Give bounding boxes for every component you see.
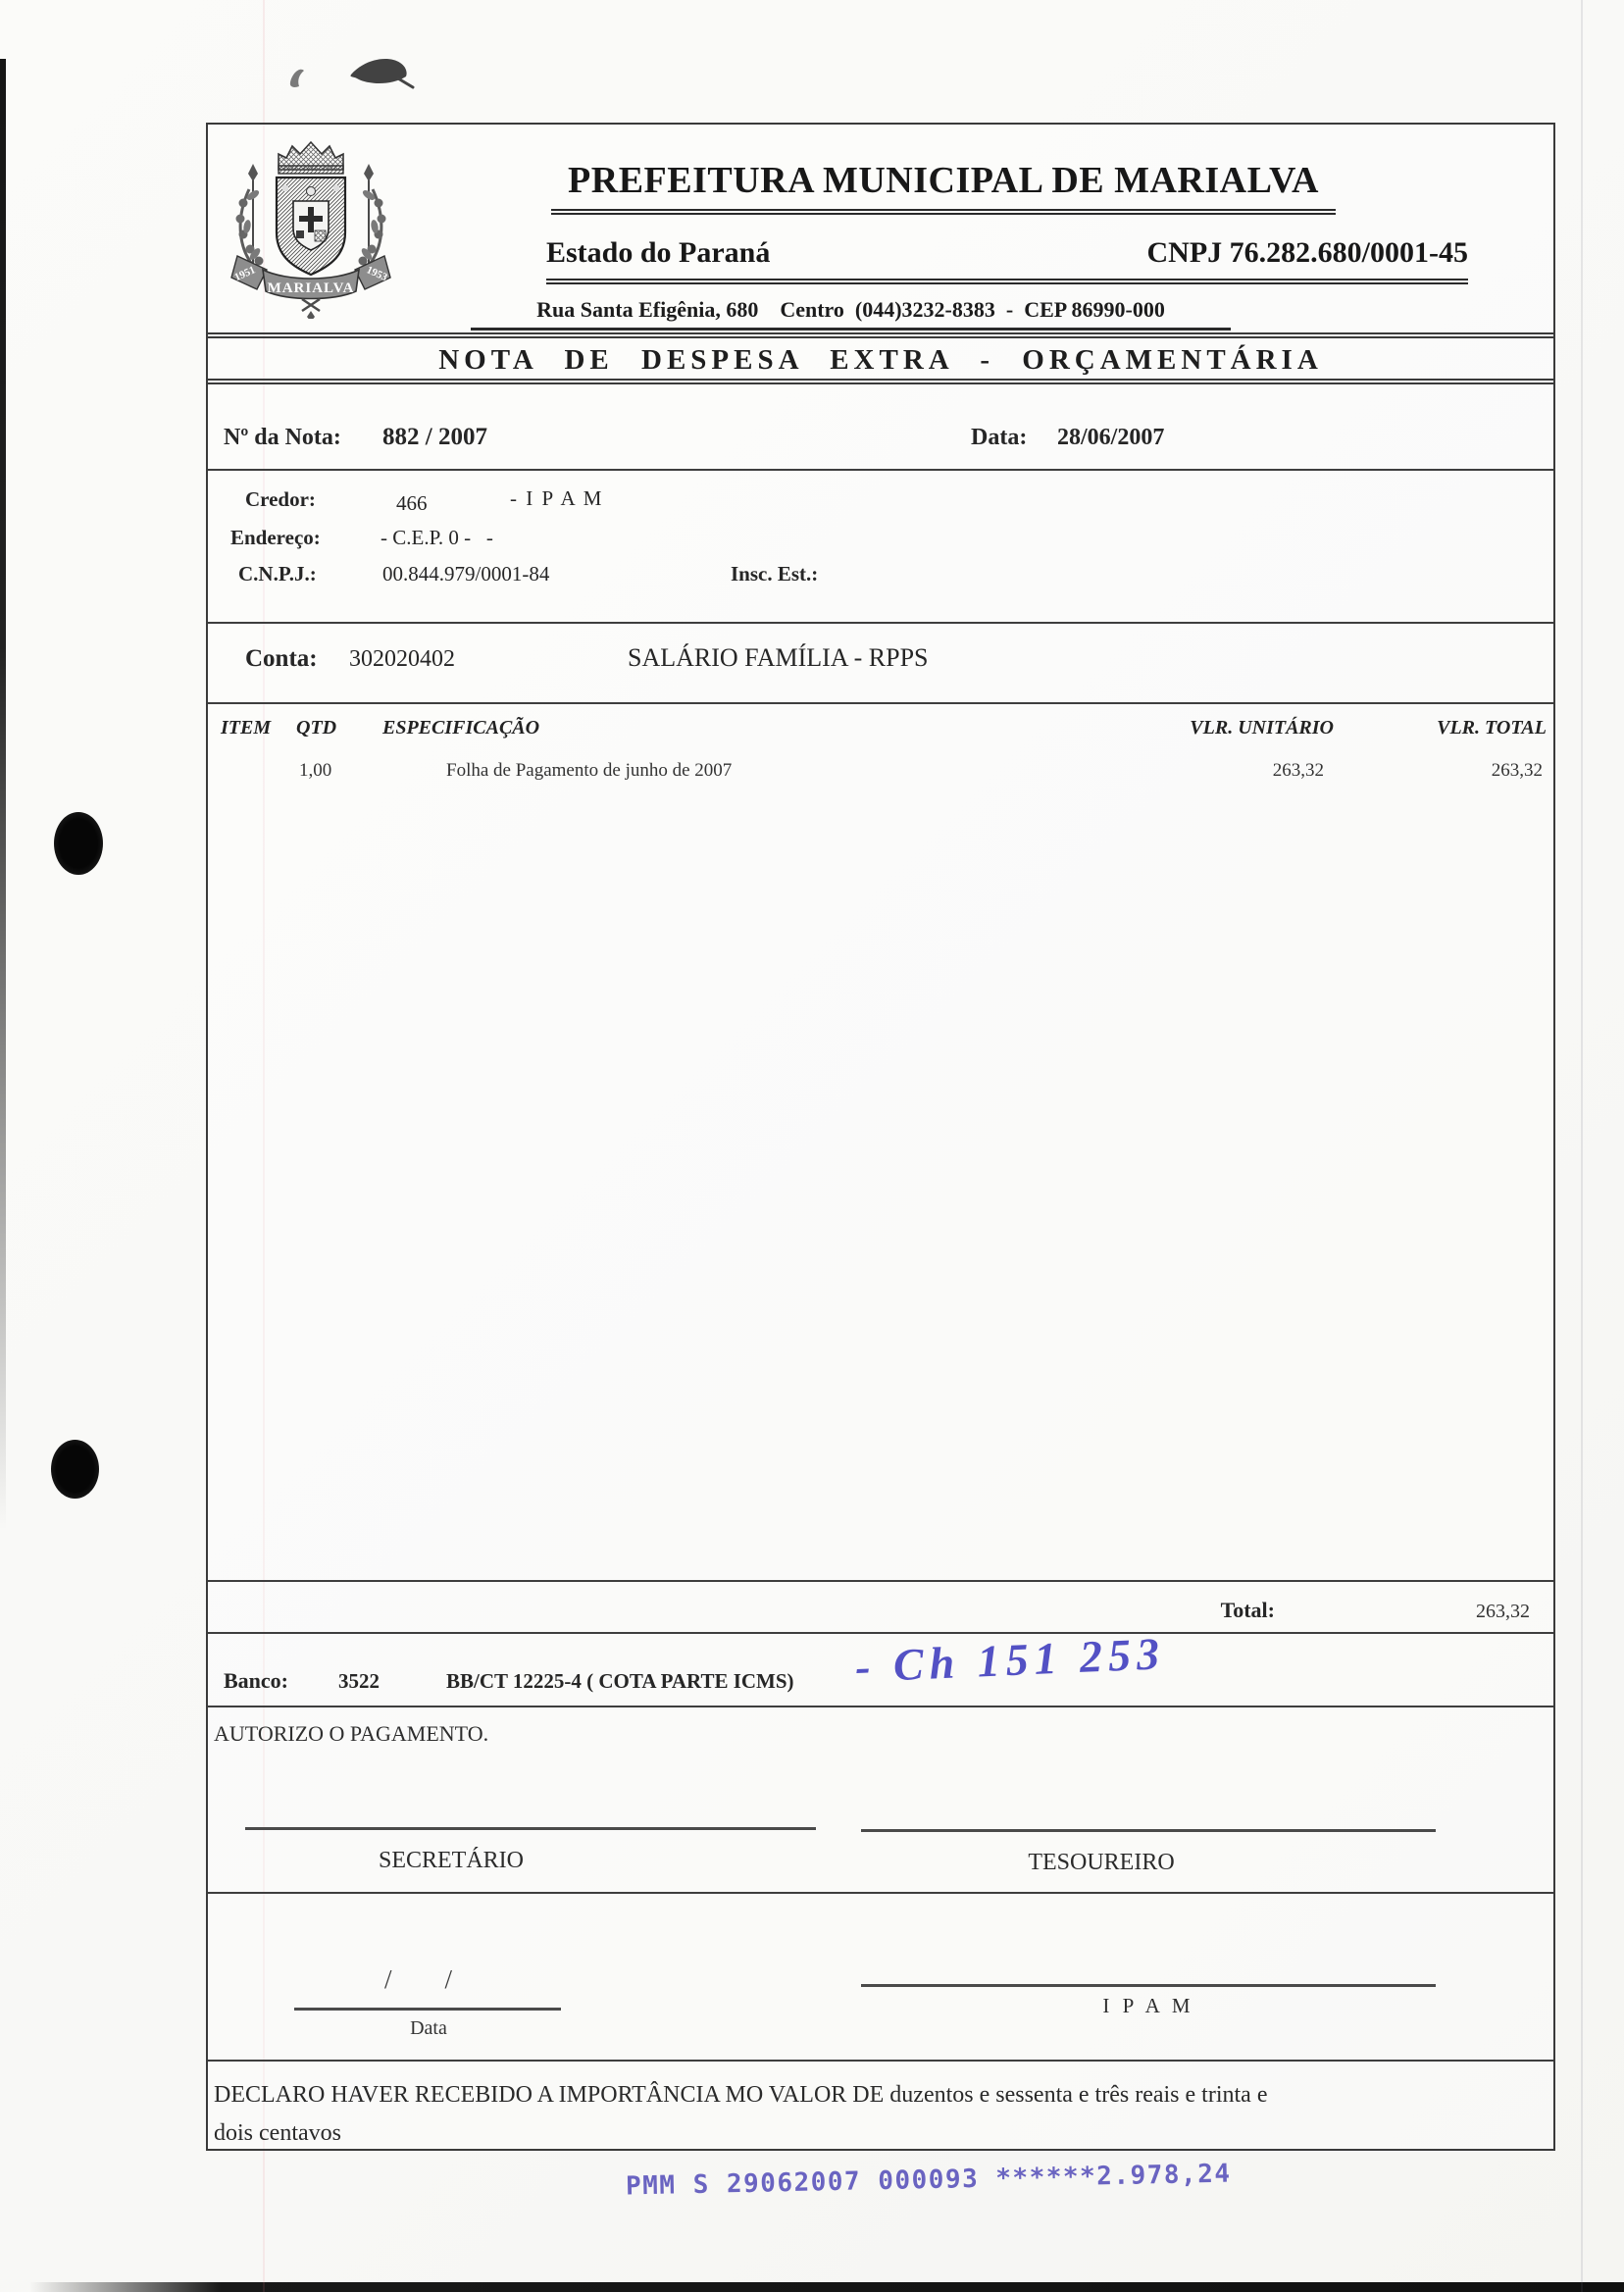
date-slashes: / / bbox=[384, 1964, 452, 1995]
scan-left-edge-shadow bbox=[0, 59, 6, 1530]
date-label: Data: bbox=[971, 425, 1027, 452]
rule-signatures bbox=[208, 1892, 1553, 1894]
account-name: SALÁRIO FAMÍLIA - RPPS bbox=[628, 643, 929, 673]
scanned-page: 1951 MARIALVA 1953 PREFEITURA MUNICIPAL … bbox=[0, 0, 1624, 2292]
creditor-address-value: - C.E.P. 0 - - bbox=[381, 526, 493, 549]
mural-crown bbox=[279, 142, 343, 174]
column-header-total-value: VLR. TOTAL bbox=[1437, 717, 1547, 739]
declaration-text: DECLARO HAVER RECEBIDO A IMPORTÂNCIA MO … bbox=[214, 2076, 1267, 2153]
header-row-state-cnpj: Estado do Paraná CNPJ 76.282.680/0001-45 bbox=[546, 236, 1468, 284]
rule-bank bbox=[208, 1706, 1553, 1707]
hole-punch-bottom bbox=[51, 1440, 99, 1499]
payment-stamp: PMM S 29062007 000093 ******2.978,24 bbox=[626, 2160, 1232, 2202]
rule-title-bottom bbox=[208, 379, 1553, 384]
column-header-item: ITEM bbox=[221, 717, 271, 739]
secretary-signature-line bbox=[245, 1827, 816, 1830]
document-frame: 1951 MARIALVA 1953 PREFEITURA MUNICIPAL … bbox=[206, 123, 1555, 2151]
ipam-signature-line bbox=[861, 1984, 1436, 1987]
bank-label: Banco: bbox=[224, 1668, 288, 1693]
scan-bottom-edge-shadow bbox=[29, 2282, 1624, 2292]
rule-total bbox=[208, 1632, 1553, 1634]
document-title: NOTA DE DESPESA EXTRA - ORÇAMENTÁRIA bbox=[208, 344, 1553, 377]
org-cnpj: CNPJ 76.282.680/0001-45 bbox=[1147, 236, 1468, 271]
ipam-label: I P A M bbox=[861, 1994, 1436, 2017]
org-name: PREFEITURA MUNICIPAL DE MARIALVA bbox=[551, 160, 1336, 215]
bank-code: 3522 bbox=[338, 1669, 380, 1693]
creditor-code: 466 bbox=[396, 491, 428, 515]
state-registration-label: Insc. Est.: bbox=[731, 562, 818, 586]
address-line: Rua Santa Efigênia, 680 Centro (044)3232… bbox=[471, 297, 1231, 331]
date-signature-line bbox=[294, 2008, 561, 2011]
total-label: Total: bbox=[1221, 1598, 1275, 1622]
date-caption: Data bbox=[355, 2017, 502, 2040]
rule-items-bottom bbox=[208, 1580, 1553, 1582]
row-total-value: 263,32 bbox=[1492, 760, 1543, 782]
total-value: 263,32 bbox=[1476, 1601, 1530, 1623]
note-number-value: 882 / 2007 bbox=[382, 424, 487, 452]
treasurer-label: TESOUREIRO bbox=[954, 1850, 1248, 1877]
creditor-cnpj-value: 00.844.979/0001-84 bbox=[382, 562, 549, 586]
account-code: 302020402 bbox=[349, 646, 455, 674]
page-right-edge bbox=[1581, 0, 1583, 2292]
date-value: 28/06/2007 bbox=[1057, 425, 1164, 452]
municipal-coat-of-arms: 1951 MARIALVA 1953 bbox=[218, 132, 404, 319]
state-name: Estado do Paraná bbox=[546, 236, 770, 271]
banner-name: MARIALVA bbox=[268, 280, 355, 296]
row-specification: Folha de Pagamento de junho de 2007 bbox=[446, 760, 732, 782]
creditor-name: - I P A M bbox=[510, 486, 603, 510]
hole-punch-top bbox=[54, 812, 103, 875]
handwritten-cheque-note: - Ch 151 253 bbox=[854, 1628, 1166, 1694]
rule-title-top bbox=[208, 332, 1553, 338]
row-qtd: 1,00 bbox=[299, 760, 331, 782]
pen-marks bbox=[253, 31, 430, 114]
column-header-unit-value: VLR. UNITÁRIO bbox=[1190, 717, 1334, 739]
bank-account: BB/CT 12225-4 ( COTA PARTE ICMS) bbox=[446, 1669, 794, 1693]
column-header-spec: ESPECIFICAÇÃO bbox=[382, 717, 539, 739]
column-header-qtd: QTD bbox=[296, 717, 336, 739]
account-label: Conta: bbox=[245, 645, 318, 674]
declaration-line1: DECLARO HAVER RECEBIDO A IMPORTÂNCIA MO … bbox=[214, 2076, 1267, 2114]
rule-note-info bbox=[208, 469, 1553, 471]
rule-declaration bbox=[208, 2060, 1553, 2062]
creditor-address-label: Endereço: bbox=[230, 526, 321, 549]
creditor-label: Credor: bbox=[245, 487, 316, 511]
row-unit-value: 263,32 bbox=[1273, 760, 1324, 782]
treasurer-signature-line bbox=[861, 1829, 1436, 1832]
declaration-line2: dois centavos bbox=[214, 2114, 1267, 2153]
authorize-payment-text: AUTORIZO O PAGAMENTO. bbox=[214, 1721, 488, 1746]
rule-creditor bbox=[208, 622, 1553, 624]
creditor-cnpj-label: C.N.P.J.: bbox=[238, 562, 317, 586]
secretary-label: SECRETÁRIO bbox=[314, 1848, 588, 1875]
rule-account bbox=[208, 702, 1553, 704]
note-number-label: Nº da Nota: bbox=[224, 425, 341, 452]
